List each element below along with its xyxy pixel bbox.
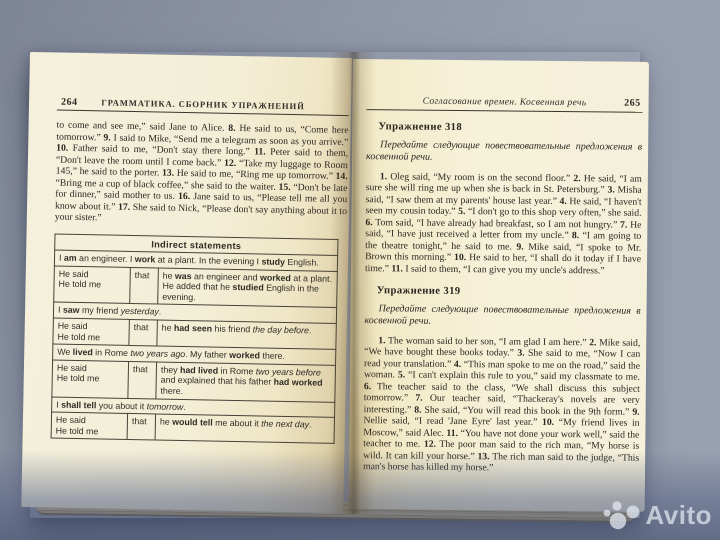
exercise-319-body: 1. The woman said to her son, “I am glad…: [363, 335, 640, 476]
table-row-indirect: He saidHe told methathe would tell me ab…: [51, 412, 334, 444]
exercise-319-instruction: Передайте следующие повествовательные пр…: [364, 303, 640, 330]
left-page-header: 264 ГРАММАТИКА. СБОРНИК УПРАЖНЕНИЙ: [57, 97, 349, 117]
right-page-number: 265: [624, 98, 641, 109]
indirect-statements-table: Indirect statements I am an engineer. I …: [51, 233, 339, 444]
page-right: Согласование времен. Косвенная речь 265 …: [349, 59, 649, 512]
right-page-header: Согласование времен. Косвенная речь 265: [367, 95, 643, 113]
table-body: I am an engineer. I work at a plant. In …: [51, 250, 338, 444]
page-left: 264 ГРАММАТИКА. СБОРНИК УПРАЖНЕНИЙ to co…: [21, 52, 352, 513]
left-page-number: 264: [61, 97, 78, 108]
avito-watermark: Avito: [600, 498, 712, 532]
table-row-indirect: He saidHe told methathe was an engineer …: [54, 266, 338, 308]
exercise-318-title: Упражнение 318: [378, 121, 638, 134]
photo-scene: 264 ГРАММАТИКА. СБОРНИК УПРАЖНЕНИЙ to co…: [0, 0, 720, 540]
left-body-paragraph: to come and see me,” said Jane to Alice.…: [55, 120, 349, 229]
avito-watermark-label: Avito: [645, 500, 712, 531]
exercise-319: Упражнение 319 Передайте следующие повес…: [363, 285, 637, 475]
exercise-318: Упражнение 318 Передайте следующие повес…: [365, 121, 638, 277]
left-running-title: ГРАММАТИКА. СБОРНИК УПРАЖНЕНИЙ: [57, 97, 349, 113]
table-row-indirect: He saidHe told methatthey had lived in R…: [52, 360, 336, 402]
right-running-title: Согласование времен. Косвенная речь: [367, 95, 643, 109]
exercise-318-body: 1. Oleg said, “My room is on the second …: [365, 171, 642, 277]
exercise-319-title: Упражнение 319: [377, 285, 637, 298]
open-book: 264 ГРАММАТИКА. СБОРНИК УПРАЖНЕНИЙ to co…: [30, 52, 640, 518]
exercise-318-instruction: Передайте следующие повествовательные пр…: [366, 139, 642, 166]
avito-logo-icon: [600, 498, 642, 532]
